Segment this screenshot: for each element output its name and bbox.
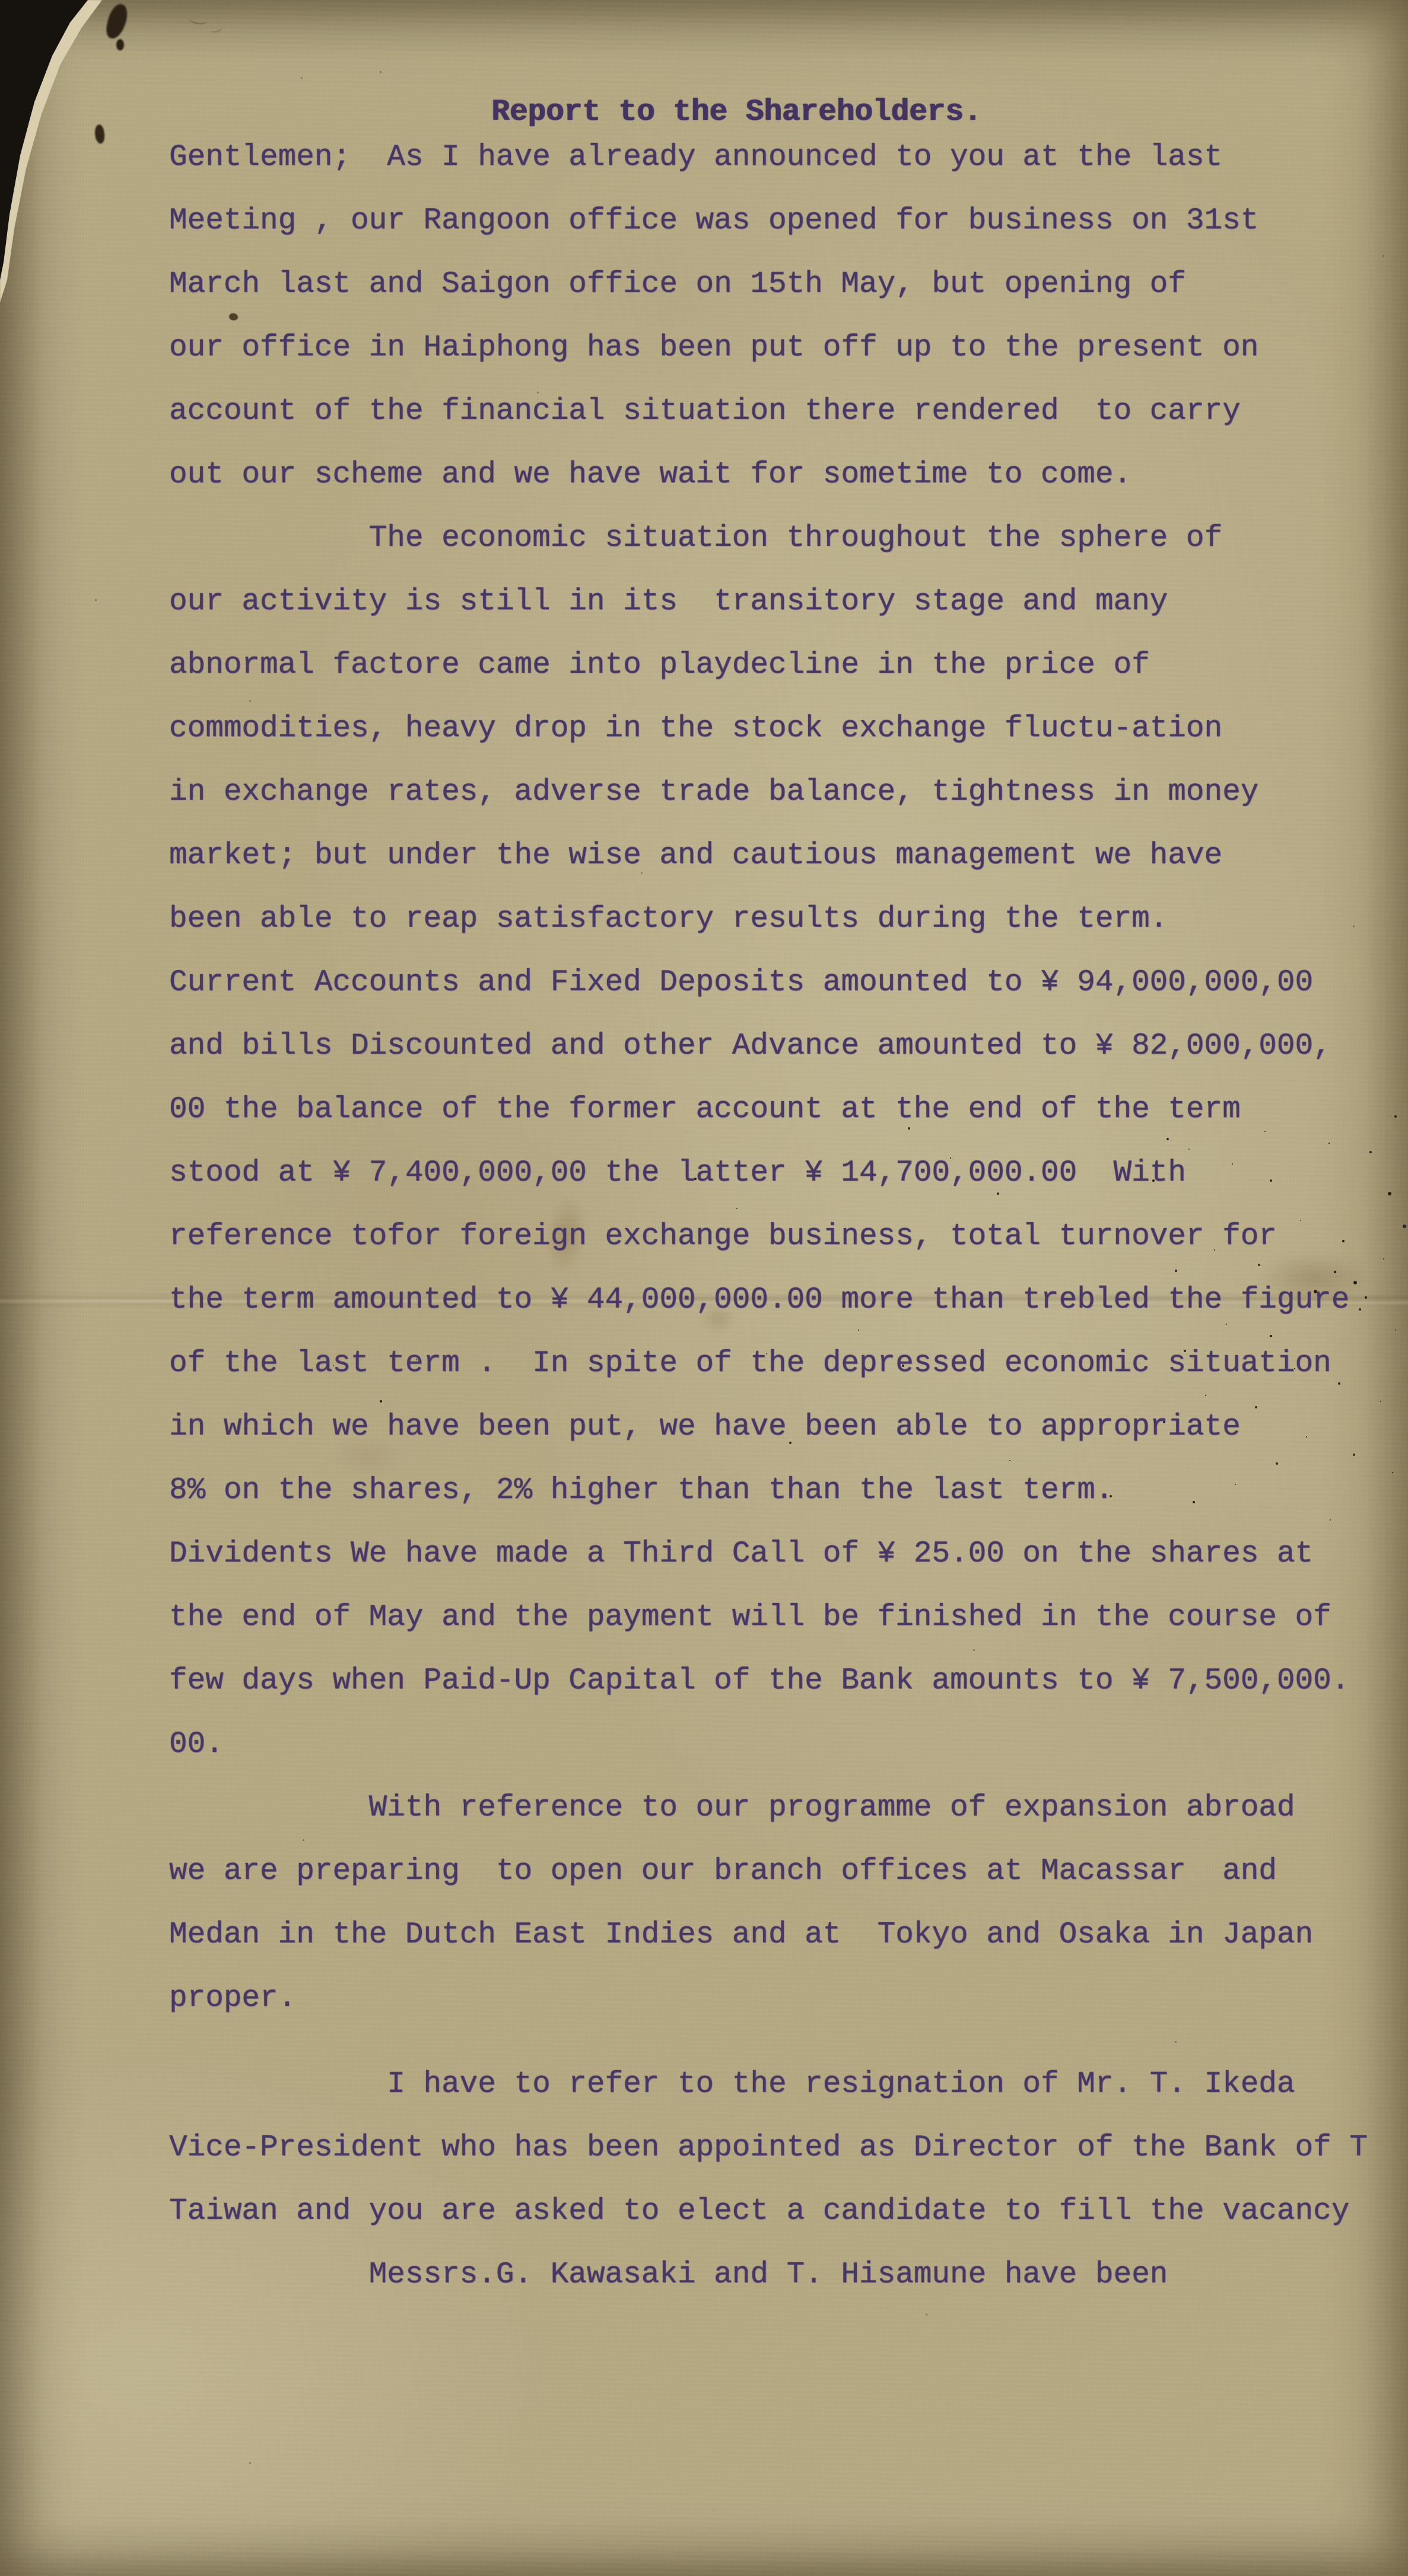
document-body: Gentlemen; As I have already announced t…	[169, 126, 1391, 2307]
ink-blot	[116, 39, 124, 50]
text-line: Dividents We have made a Third Call of ¥…	[169, 1522, 1391, 1586]
ink-blot	[93, 124, 106, 144]
text-line: Current Accounts and Fixed Deposits amou…	[169, 951, 1391, 1015]
document-title: Report to the Shareholders.	[491, 95, 981, 131]
text-line: 00 the balance of the former account at …	[169, 1078, 1391, 1141]
ink-blot	[104, 2, 130, 40]
text-line: in exchange rates, adverse trade balance…	[169, 761, 1391, 824]
text-line: our office in Haiphong has been put off …	[169, 316, 1391, 380]
document-page: Report to the Shareholders. Gentlemen; A…	[0, 0, 1408, 2576]
text-line: Meeting , our Rangoon office was opened …	[169, 189, 1391, 253]
text-line: commodities, heavy drop in the stock exc…	[169, 697, 1391, 761]
text-line: account of the financial situation there…	[169, 380, 1391, 443]
text-line: been able to reap satisfactory results d…	[169, 888, 1391, 951]
text-line: I have to refer to the resignation of Mr…	[169, 2053, 1391, 2116]
text-line: few days when Paid-Up Capital of the Ban…	[169, 1649, 1391, 1713]
text-line: 00.	[169, 1713, 1391, 1776]
text-line: March last and Saigon office on 15th May…	[169, 253, 1391, 316]
text-line: proper.	[169, 1967, 1391, 2030]
text-line: 8% on the shares, 2% higher than than th…	[169, 1459, 1391, 1522]
text-line: abnormal factore came into playdecline i…	[169, 634, 1391, 697]
text-line: The economic situation throughout the sp…	[169, 507, 1391, 570]
torn-corner	[0, 0, 107, 297]
text-line: Taiwan and you are asked to elect a cand…	[169, 2180, 1391, 2243]
text-line: Vice-President who has been appointed as…	[169, 2116, 1391, 2180]
text-line: out our scheme and we have wait for some…	[169, 443, 1391, 507]
text-line: Messrs.G. Kawasaki and T. Hisamune have …	[169, 2243, 1391, 2307]
pencil-mark	[188, 13, 208, 26]
text-line: the term amounted to ¥ 44,000,000.00 mor…	[169, 1268, 1391, 1332]
text-line: the end of May and the payment will be f…	[169, 1586, 1391, 1649]
text-line: reference tofor foreign exchange busines…	[169, 1205, 1391, 1268]
pencil-mark	[209, 24, 223, 34]
text-line: Gentlemen; As I have already announced t…	[169, 126, 1391, 189]
text-line: of the last term . In spite of the depre…	[169, 1332, 1391, 1395]
text-line: and bills Discounted and other Advance a…	[169, 1015, 1391, 1078]
text-line: Medan in the Dutch East Indies and at To…	[169, 1903, 1391, 1967]
text-line: stood at ¥ 7,400,000,00 the latter ¥ 14,…	[169, 1141, 1391, 1205]
text-line: our activity is still in its transitory …	[169, 570, 1391, 634]
text-line: market; but under the wise and cautious …	[169, 824, 1391, 888]
text-line: in which we have been put, we have been …	[169, 1395, 1391, 1459]
text-line: we are preparing to open our branch offi…	[169, 1840, 1391, 1903]
text-line: With reference to our programme of expan…	[169, 1776, 1391, 1840]
